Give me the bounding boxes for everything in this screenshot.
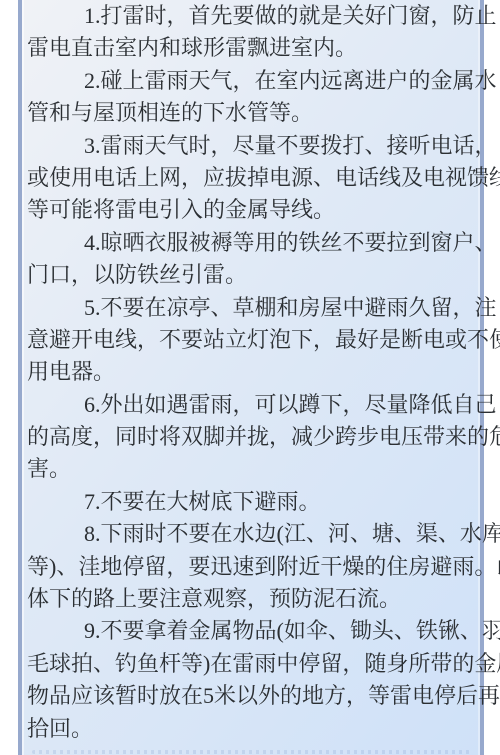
page: { "theme": { "page_background": "#ffffff… <box>0 0 500 755</box>
tip-paragraph-2: 2.碰上雷雨天气，在室内远离进户的金属水 管和与屋顶相连的下水管等。 <box>27 65 474 130</box>
tip-line: 物品应该暂时放在5米以外的地方，等雷电停后再 <box>27 680 474 712</box>
tip-paragraph-3: 3.雷雨天气时，尽量不要拨打、接听电话， 或使用电话上网，应拔掉电源、电话线及电… <box>27 130 474 227</box>
tip-line: 8.下雨时不要在水边(江、河、塘、渠、水库 <box>27 518 474 550</box>
safety-tips-text: 1.打雷时，首先要做的就是关好门窗，防止 雷电直击室内和球形雷飘进室内。 2.碰… <box>27 0 474 745</box>
tip-line: 害。 <box>27 453 474 485</box>
tip-line: 6.外出如遇雷雨，可以蹲下，尽量降低自己 <box>27 389 474 421</box>
tip-paragraph-9: 9.不要拿着金属物品(如伞、锄头、铁锹、羽 毛球拍、钓鱼杆等)在雷雨中停留，随身… <box>27 615 474 745</box>
tip-paragraph-5: 5.不要在凉亭、草棚和房屋中避雨久留，注 意避开电线，不要站立灯泡下，最好是断电… <box>27 292 474 389</box>
tip-line: 或使用电话上网，应拔掉电源、电话线及电视馈线 <box>27 162 474 194</box>
content-panel: 1.打雷时，首先要做的就是关好门窗，防止 雷电直击室内和球形雷飘进室内。 2.碰… <box>18 0 484 755</box>
tip-paragraph-7: 7.不要在大树底下避雨。 <box>27 486 474 518</box>
faint-watermark-strip <box>32 750 470 754</box>
tip-line: 2.碰上雷雨天气，在室内远离进户的金属水 <box>27 65 474 97</box>
tip-line: 用电器。 <box>27 356 474 388</box>
tip-line: 意避开电线，不要站立灯泡下，最好是断电或不使 <box>27 324 474 356</box>
tip-line: 4.晾晒衣服被褥等用的铁丝不要拉到窗户、 <box>27 227 474 259</box>
tip-line: 9.不要拿着金属物品(如伞、锄头、铁锹、羽 <box>27 615 474 647</box>
tip-line: 管和与屋顶相连的下水管等。 <box>27 97 474 129</box>
tip-line: 门口，以防铁丝引雷。 <box>27 259 474 291</box>
tip-line: 拾回。 <box>27 713 474 745</box>
tip-line: 雷电直击室内和球形雷飘进室内。 <box>27 32 474 64</box>
tip-line: 毛球拍、钓鱼杆等)在雷雨中停留，随身所带的金属 <box>27 648 474 680</box>
tip-line: 7.不要在大树底下避雨。 <box>27 486 474 518</box>
tip-line: 3.雷雨天气时，尽量不要拨打、接听电话， <box>27 130 474 162</box>
tip-line: 5.不要在凉亭、草棚和房屋中避雨久留，注 <box>27 292 474 324</box>
tip-paragraph-1: 1.打雷时，首先要做的就是关好门窗，防止 雷电直击室内和球形雷飘进室内。 <box>27 0 474 65</box>
tip-line: 等可能将雷电引入的金属导线。 <box>27 194 474 226</box>
tip-paragraph-8: 8.下雨时不要在水边(江、河、塘、渠、水库 等)、洼地停留，要迅速到附近干燥的住… <box>27 518 474 615</box>
tip-paragraph-6: 6.外出如遇雷雨，可以蹲下，尽量降低自己 的高度，同时将双脚并拢，减少跨步电压带… <box>27 389 474 486</box>
tip-paragraph-4: 4.晾晒衣服被褥等用的铁丝不要拉到窗户、 门口，以防铁丝引雷。 <box>27 227 474 292</box>
tip-line: 体下的路上要注意观察，预防泥石流。 <box>27 583 474 615</box>
tip-line: 的高度，同时将双脚并拢，减少跨步电压带来的危 <box>27 421 474 453</box>
tip-line: 等)、洼地停留，要迅速到附近干燥的住房避雨。山 <box>27 551 474 583</box>
tip-line: 1.打雷时，首先要做的就是关好门窗，防止 <box>27 0 474 32</box>
